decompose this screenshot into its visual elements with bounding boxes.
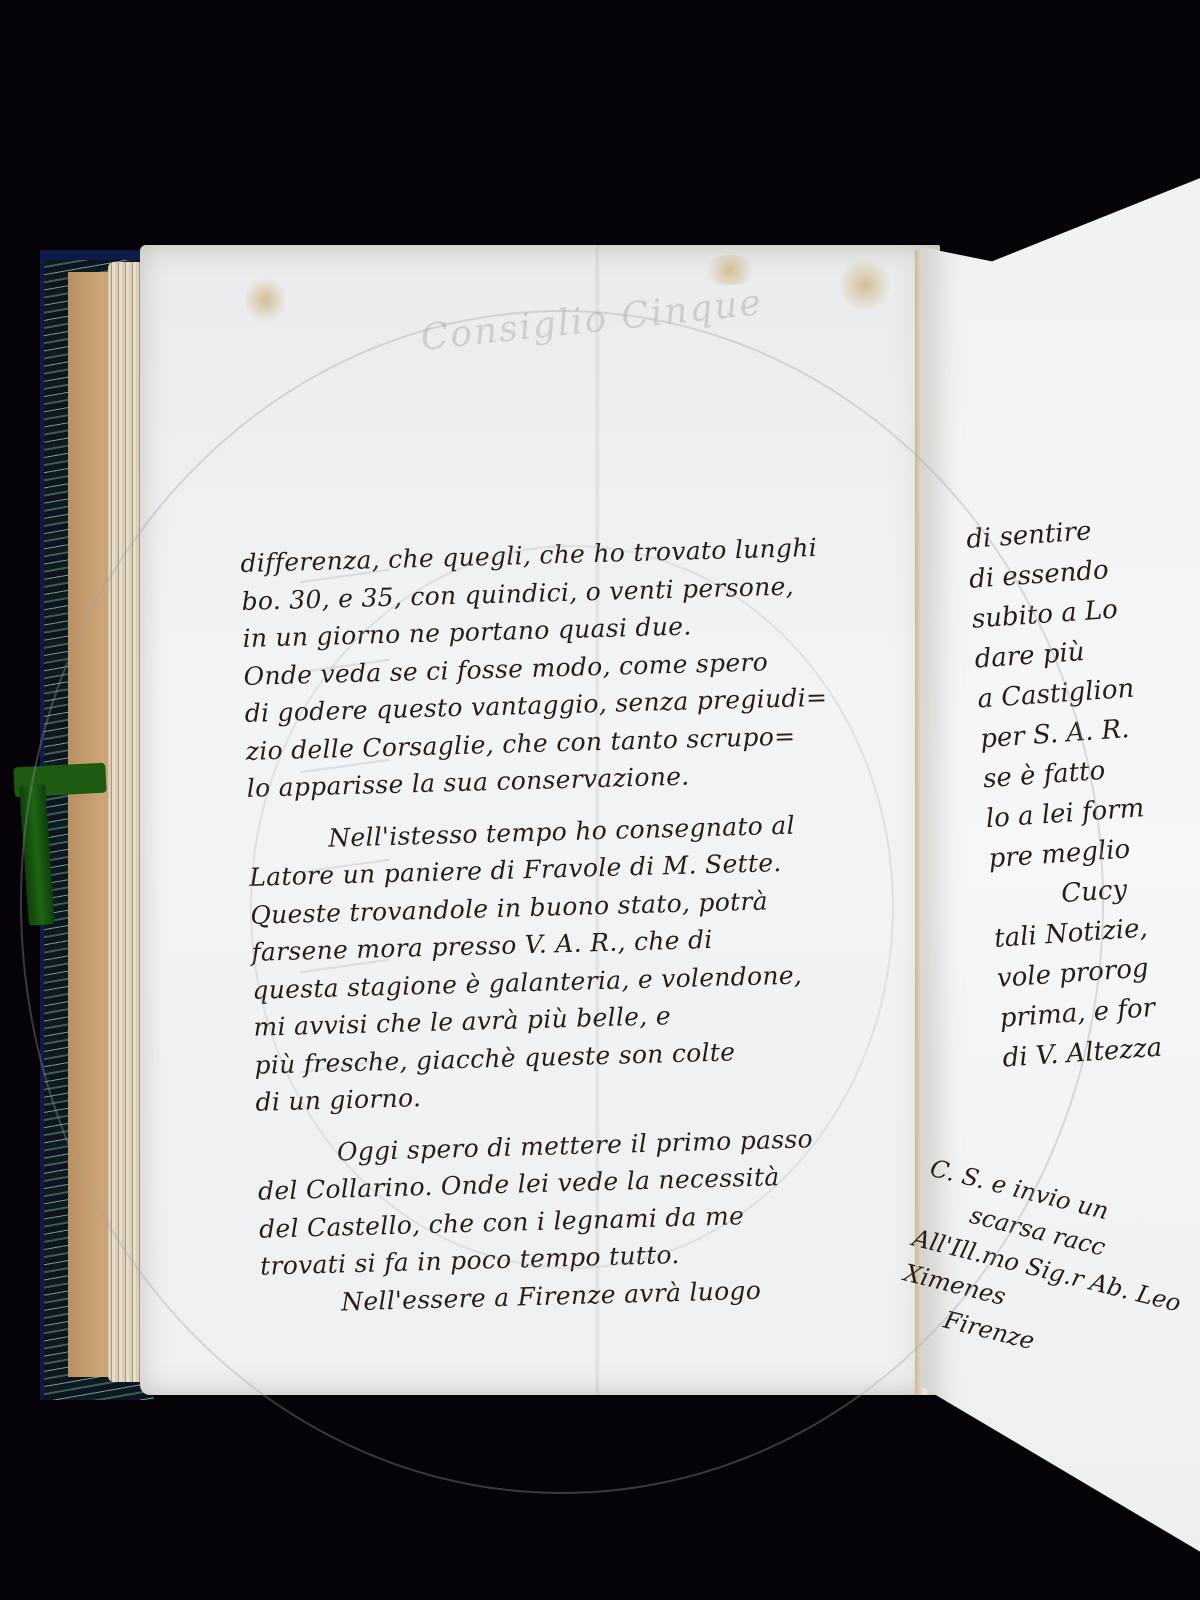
- paper-stain: [700, 255, 760, 285]
- manuscript-photo: Consiglio Cinque differenza, che quegli,…: [0, 0, 1200, 1600]
- right-page-handwriting: di sentire di essendo subito a Lo dare p…: [965, 502, 1200, 1079]
- paper-stain: [840, 255, 890, 315]
- paper-stain: [245, 275, 285, 325]
- left-page-handwriting: differenza, che quegli, che ho trovato l…: [240, 526, 951, 1323]
